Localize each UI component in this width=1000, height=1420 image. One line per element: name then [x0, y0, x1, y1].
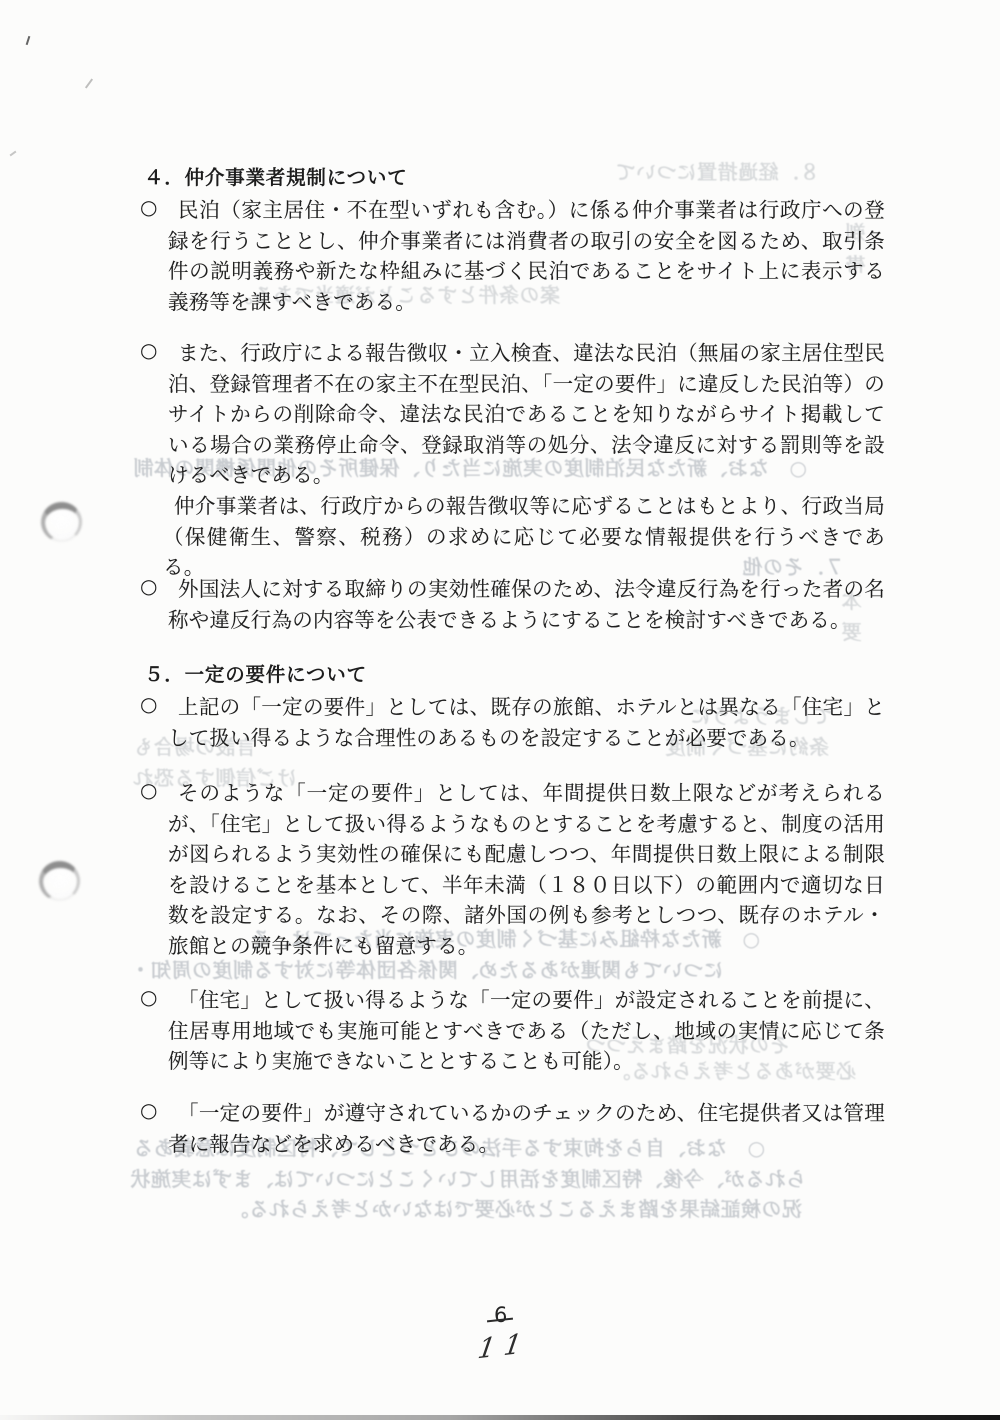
bullet-marker: ○ — [140, 574, 157, 598]
punch-hole-top — [39, 500, 84, 544]
scan-speck — [10, 151, 17, 157]
bullet-item: ○ また、行政庁による報告徴収・立入検査、違法な民泊（無届の家主居住型民泊、登録… — [139, 338, 885, 491]
bullet-item: ○ 「住宅」として扱い得るような「一定の要件」が設定されることを前提に、住居専用… — [139, 985, 885, 1077]
punch-hole-bottom — [37, 859, 82, 903]
bullet-marker: ○ — [140, 985, 157, 1009]
bleedthrough-text: ８．経過措置について — [615, 156, 820, 185]
paragraph-text: 仲介事業者は、行政庁からの報告徴収等に応ずることはもとより、行政当局（保健衛生、… — [163, 491, 885, 583]
scan-speck — [26, 36, 31, 45]
scanned-document-page: ８．経過措置について 案の条件とすることが適当である。 剃 帯 ○ なお、新たな… — [0, 0, 1000, 1420]
bullet-text: 「一定の要件」が遵守されているかのチェックのため、住宅提供者又は管理者に報告など… — [168, 1098, 885, 1159]
bullet-marker: ○ — [140, 1098, 157, 1122]
bullet-item: ○ 民泊（家主居住・不在型いずれも含む。）に係る仲介事業者は行政庁への登録を行う… — [139, 195, 885, 317]
bullet-text: 民泊（家主居住・不在型いずれも含む。）に係る仲介事業者は行政庁への登録を行うこと… — [168, 195, 885, 317]
scan-edge-shadow — [0, 1415, 1000, 1420]
section-4-heading: ４．仲介事業者規制について — [144, 162, 408, 190]
bullet-item: ○ 外国法人に対する取締りの実効性確保のため、法令違反行為を行った者の名称や違反… — [139, 574, 885, 635]
bullet-text: そのような「一定の要件」としては、年間提供日数上限などが考えられるが、「住宅」と… — [168, 778, 885, 962]
bullet-marker: ○ — [140, 778, 157, 802]
bullet-item: ○ 上記の「一定の要件」としては、既存の旅館、ホテルとは異なる「住宅」として扱い… — [139, 692, 885, 753]
bleedthrough-text: 況の検証結果を踏まえることが必要ではないかと考えられる。 — [228, 1193, 802, 1222]
scan-speck — [85, 78, 93, 88]
continuation-paragraph: 仲介事業者は、行政庁からの報告徴収等に応ずることはもとより、行政当局（保健衛生、… — [139, 491, 885, 583]
bullet-text: 外国法人に対する取締りの実効性確保のため、法令違反行為を行った者の名称や違反行為… — [168, 574, 885, 635]
bullet-item: ○ 「一定の要件」が遵守されているかのチェックのため、住宅提供者又は管理者に報告… — [139, 1098, 885, 1159]
bullet-text: 上記の「一定の要件」としては、既存の旅館、ホテルとは異なる「住宅」として扱い得る… — [168, 692, 885, 753]
bleedthrough-text: られるが、今後、特区制度を活用していくことについては、まずは実施状 — [130, 1163, 806, 1192]
bullet-item: ○ そのような「一定の要件」としては、年間提供日数上限などが考えられるが、「住宅… — [139, 778, 885, 962]
page-number-printed: 6 — [494, 1303, 507, 1327]
page-number-handwritten: 11 — [476, 1327, 533, 1365]
section-5-heading: ５．一定の要件について — [144, 659, 367, 687]
bullet-marker: ○ — [140, 195, 157, 219]
bullet-marker: ○ — [140, 692, 157, 716]
bullet-text: また、行政庁による報告徴収・立入検査、違法な民泊（無届の家主居住型民泊、登録管理… — [168, 338, 885, 491]
bullet-marker: ○ — [140, 338, 157, 362]
bullet-text: 「住宅」として扱い得るような「一定の要件」が設定されることを前提に、住居専用地域… — [168, 985, 885, 1077]
